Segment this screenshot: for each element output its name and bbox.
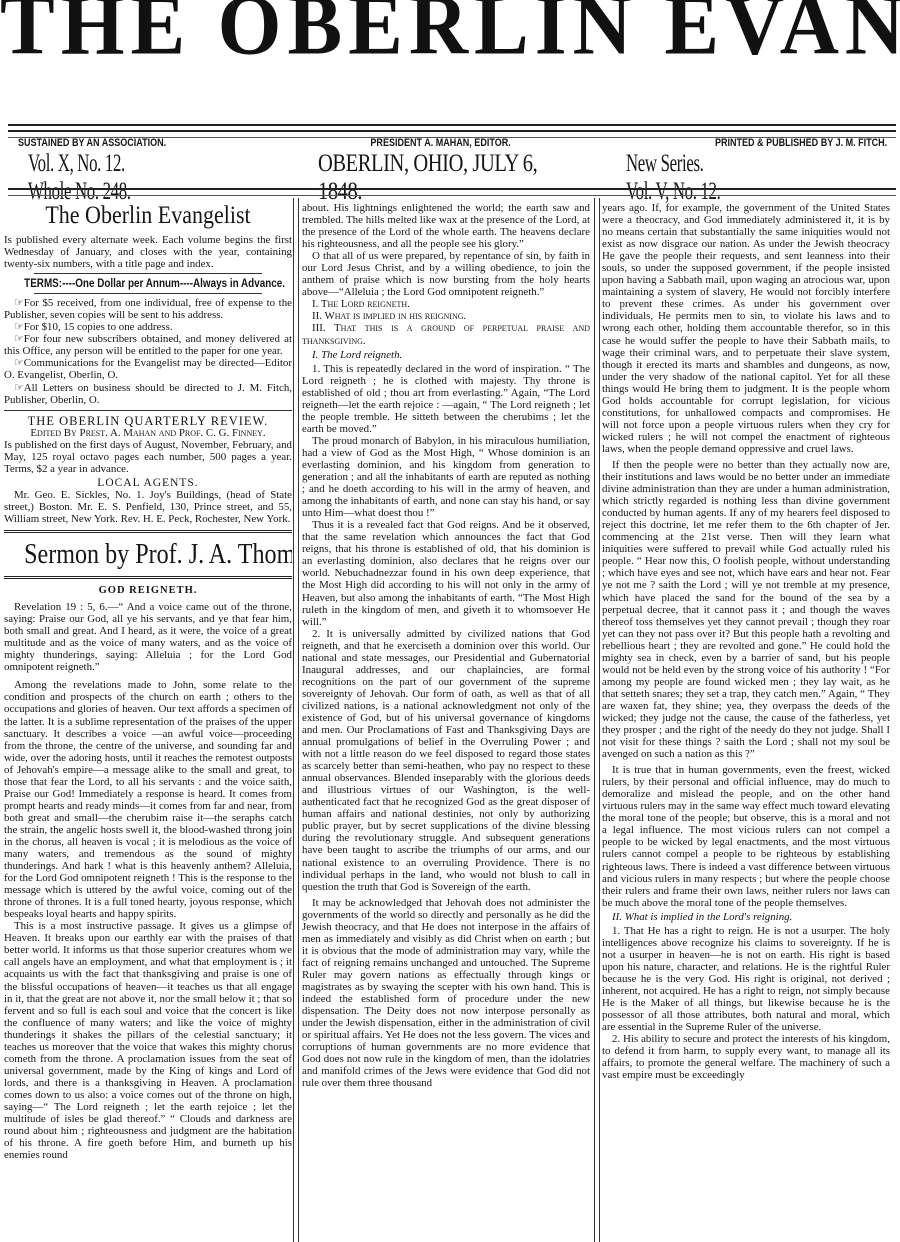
issue-rule	[8, 188, 896, 196]
sermon-paragraph: O that all of us were prepared, by repen…	[302, 250, 590, 298]
sermon-paragraph: It is true that in human governments, ev…	[602, 764, 890, 909]
column-2: about. His lightnings enlightened the wo…	[302, 202, 590, 1242]
quarterly-review-title: THE OBERLIN QUARTERLY REVIEW.	[4, 415, 292, 427]
sermon-paragraph: 2. His ability to secure and protect the…	[602, 1033, 890, 1081]
notice: ☞For $5 received, from one individual, f…	[4, 297, 292, 321]
staff-editor: PRESIDENT A. MAHAN, EDITOR.	[370, 137, 510, 149]
sermon-paragraph: This is a most instructive passage. It g…	[4, 920, 292, 1161]
divider	[4, 576, 292, 579]
notice: ☞Communications for the Evangelist may b…	[4, 357, 292, 381]
staff-rule-top	[8, 130, 896, 138]
quarterly-editors: Edited By Prest. A. Mahan and Prof. C. G…	[4, 427, 292, 439]
sermon-paragraph: Thus it is a revealed fact that God reig…	[302, 519, 590, 627]
staff-publisher: PRINTED & PUBLISHED BY J. M. FITCH.	[715, 137, 887, 149]
quarterly-body: Is published on the first days of August…	[4, 439, 292, 475]
section-heading: I. The Lord reigneth.	[302, 349, 590, 361]
sermon-paragraph: If then the people were no better than t…	[602, 459, 890, 760]
section-heading: II. What is implied in the Lord's reigni…	[602, 911, 890, 923]
sermon-title: Sermon by Prof. J. A. Thome.	[24, 539, 272, 571]
staff-left: SUSTAINED BY AN ASSOCIATION.	[18, 137, 166, 149]
outline-item: II. What is implied in his reigning.	[302, 310, 590, 322]
sermon-paragraph: about. His lightnings enlightened the wo…	[302, 202, 590, 250]
outline-item: III. That this is a ground of perpetual …	[302, 322, 590, 346]
column-3: years ago. If, for example, the governme…	[602, 202, 890, 1242]
sermon-paragraph: The proud monarch of Babylon, in his mir…	[302, 435, 590, 519]
sermon-paragraph: 1. That He has a right to reign. He is n…	[602, 925, 890, 1033]
outline-item: I. The Lord reigneth.	[302, 298, 590, 310]
sermon-outline: I. The Lord reigneth. II. What is implie…	[302, 298, 590, 346]
box-title: The Oberlin Evangelist	[21, 202, 274, 230]
series-info: New Series. Vol. V, No. 12.	[626, 150, 832, 206]
local-agents-body: Mr. Geo. E. Sickles, No. 1. Joy's Buildi…	[4, 489, 292, 525]
staff-line: SUSTAINED BY AN ASSOCIATION. PRESIDENT A…	[18, 137, 887, 149]
sermon-subhead: GOD REIGNETH.	[4, 585, 292, 597]
divider	[34, 273, 262, 274]
masthead: THE OBERLIN EVANGELIST.	[0, 0, 900, 120]
divider	[4, 410, 292, 411]
notice: ☞For $10, 15 copies to one address.	[4, 321, 292, 333]
notice: ☞For four new subscribers obtained, and …	[4, 333, 292, 357]
place-date: OBERLIN, OHIO, JULY 6, 1848.	[318, 150, 571, 206]
sermon-paragraph: years ago. If, for example, the governme…	[602, 202, 890, 455]
column-1: The Oberlin Evangelist Is published ever…	[4, 198, 292, 1238]
notice: ☞All Letters on business should be direc…	[4, 382, 292, 406]
publication-intro: Is published every alternate week. Each …	[4, 234, 292, 270]
scripture-text: Revelation 19 : 5, 6.—“ And a voice came…	[4, 601, 292, 673]
sermon-paragraph: 2. It is universally admitted by civiliz…	[302, 628, 590, 893]
sermon-paragraph: Among the revelations made to John, some…	[4, 679, 292, 920]
sermon-paragraph: 1. This is repeatedly declared in the wo…	[302, 363, 590, 435]
local-agents-title: LOCAL AGENTS.	[4, 477, 292, 489]
divider	[4, 530, 292, 533]
column-divider	[594, 198, 600, 1242]
divider	[34, 293, 262, 294]
newspaper-title: THE OBERLIN EVANGELIST.	[0, 0, 900, 74]
subscription-terms: TERMS:----One Dollar per Annum----Always…	[24, 278, 272, 290]
sermon-paragraph: It may be acknowledged that Jehovah does…	[302, 897, 590, 1090]
column-divider	[293, 198, 299, 1242]
